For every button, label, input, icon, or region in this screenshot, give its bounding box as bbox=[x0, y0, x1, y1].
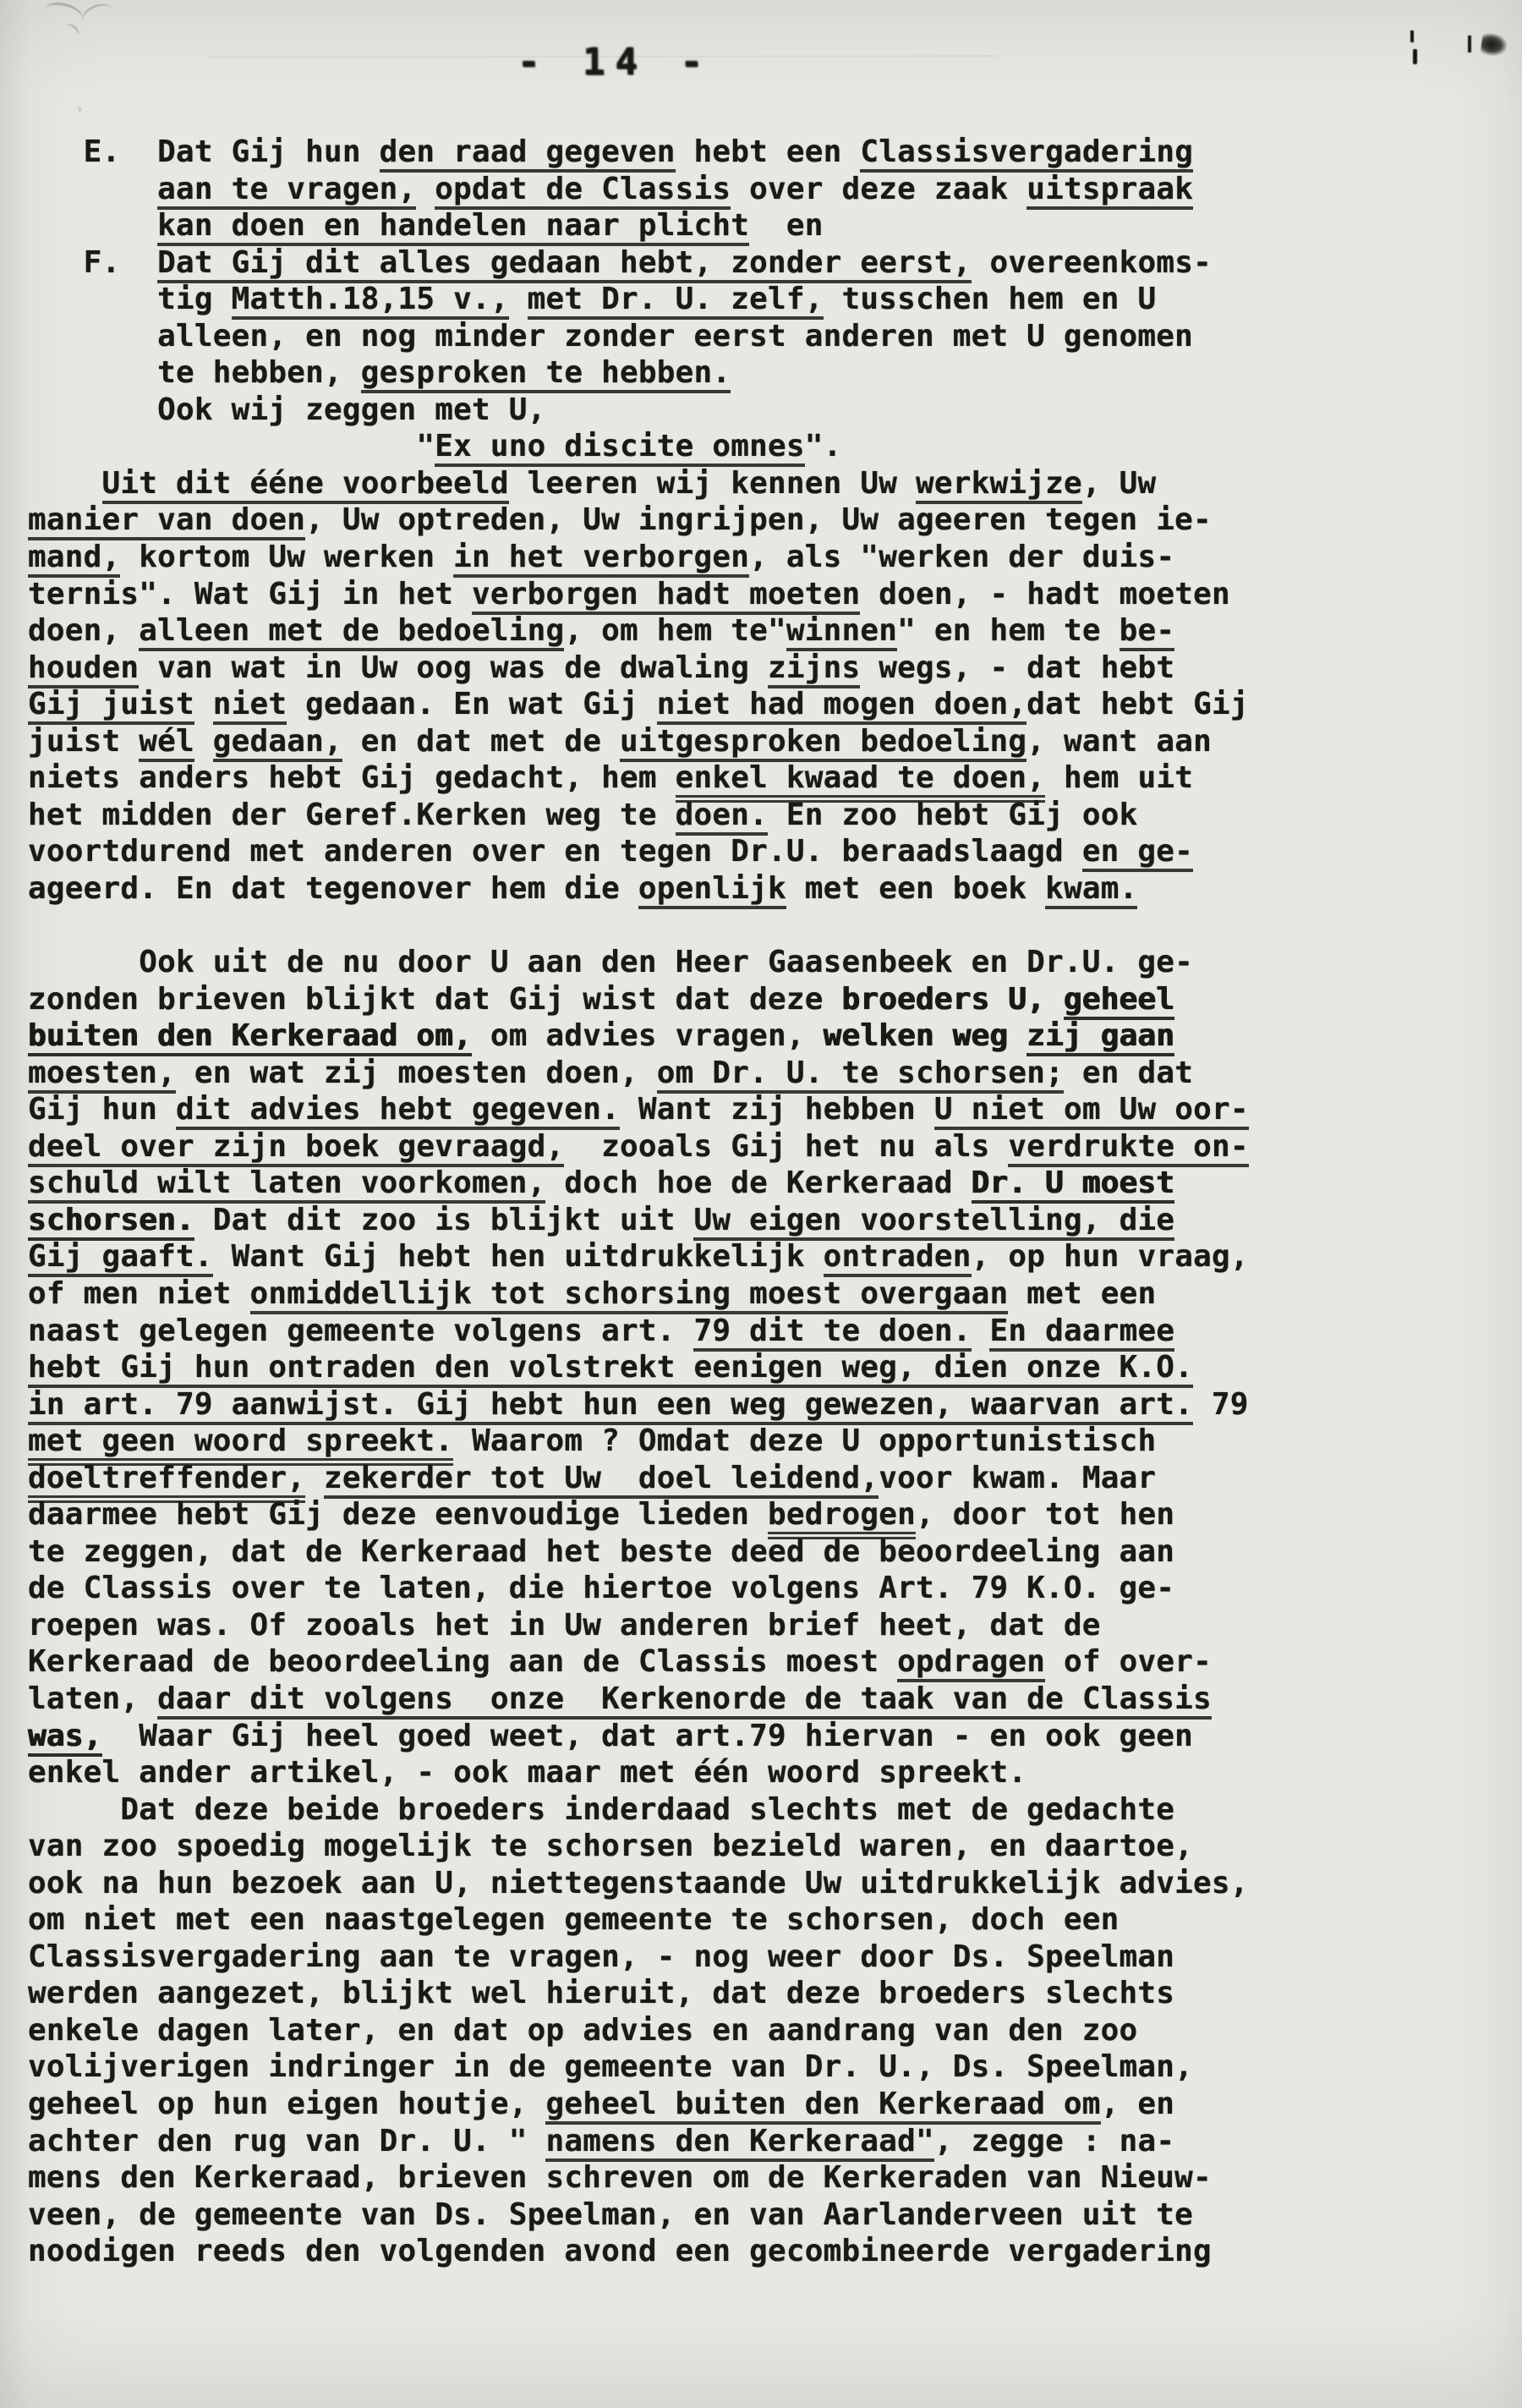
emphasized-text: in art. 79 aanwijst. Gij hebt hun een we… bbox=[28, 1387, 1193, 1425]
emphasized-text: geheel buiten den Kerkeraad om bbox=[545, 2087, 1100, 2125]
text-segment: F. bbox=[28, 245, 157, 280]
text-line: geheel op hun eigen houtje, geheel buite… bbox=[28, 2086, 1249, 2123]
text-segment: voor kwam. Maar bbox=[879, 1461, 1156, 1495]
text-line: te zeggen, dat de Kerkeraad het beste de… bbox=[28, 1533, 1249, 1571]
ink-tick-icon bbox=[1413, 49, 1417, 64]
emphasized-text: uitspraak bbox=[1027, 172, 1193, 210]
emphasized-text: kwam. bbox=[1045, 871, 1137, 909]
text-line: enkel ander artikel, - ook maar met één … bbox=[28, 1754, 1249, 1791]
emphasized-text: moesten, bbox=[28, 1056, 176, 1094]
text-segment: Waarom ? Omdat deze U opportunistisch bbox=[453, 1423, 1156, 1458]
text-segment: ook na hun bezoek aan U, niettegenstaand… bbox=[28, 1866, 1249, 1901]
text-segment: gedaan. En wat Gij bbox=[287, 687, 656, 721]
page-number: - 14 - bbox=[517, 41, 713, 84]
text-segment: hem uit bbox=[1045, 760, 1193, 795]
emphasized-text: zekerder tot Uw doel leidend, bbox=[324, 1461, 879, 1499]
text-line: ternis". Wat Gij in het verborgen hadt m… bbox=[28, 576, 1249, 613]
text-line: Ook wij zeggen met U, bbox=[28, 392, 1249, 429]
text-line: doen, alleen met de bedoeling, om hem te… bbox=[28, 612, 1249, 650]
ink-smudge-bar bbox=[1468, 36, 1471, 52]
emphasized-text: U niet om Uw oor- bbox=[934, 1092, 1249, 1130]
text-segment: en wat zij moesten doen, bbox=[176, 1056, 657, 1090]
text-line: houden van wat in Uw oog was de dwaling … bbox=[28, 650, 1249, 687]
text-line: voortdurend met anderen over en tegen Dr… bbox=[28, 833, 1249, 870]
text-line: Gij gaaft. Want Gij hebt hen uitdrukkeli… bbox=[28, 1238, 1249, 1275]
text-segment bbox=[305, 1461, 324, 1495]
text-segment: 79 bbox=[1193, 1387, 1249, 1422]
emphasized-text: schuld wilt laten voorkomen, bbox=[28, 1166, 545, 1204]
text-segment: overeenkoms- bbox=[972, 245, 1212, 280]
text-segment: doen, - hadt moeten bbox=[860, 577, 1229, 612]
emphasized-text: broeders U, bbox=[841, 982, 1045, 1017]
text-segment: ageerd. En dat tegenover hem die bbox=[28, 871, 638, 906]
text-line: juist wél gedaan, en dat met de uitgespr… bbox=[28, 723, 1249, 760]
text-segment bbox=[509, 282, 528, 316]
text-line: Uit dit ééne voorbeeld leeren wij kennen… bbox=[28, 465, 1249, 502]
emphasized-text: namens den Kerkeraad" bbox=[545, 2124, 933, 2162]
text-line: ook na hun bezoek aan U, niettegenstaand… bbox=[28, 1865, 1249, 1902]
emphasized-text: kan doen en handelen naar plicht bbox=[157, 208, 749, 246]
text-segment bbox=[194, 724, 213, 759]
pencil-scribble-1 bbox=[42, 0, 85, 29]
text-segment: alleen, en nog minder zonder eerst ander… bbox=[28, 319, 1193, 354]
text-line: buiten den Kerkeraad om, om advies vrage… bbox=[28, 1018, 1249, 1055]
text-segment: tusschen hem en U bbox=[824, 282, 1157, 316]
emphasized-text: Uw eigen voorstelling, die bbox=[693, 1203, 1174, 1241]
emphasized-text: om Dr. U. te schorsen; bbox=[657, 1056, 1064, 1094]
text-line: E. Dat Gij hun den raad gegeven hebt een… bbox=[28, 134, 1249, 171]
text-line: achter den rug van Dr. U. " namens den K… bbox=[28, 2123, 1249, 2160]
text-segment: roepen was. Of zooals het in Uw anderen … bbox=[28, 1608, 1101, 1643]
text-segment: mens den Kerkeraad, brieven schreven om … bbox=[28, 2160, 1212, 2195]
emphasized-text: Matth.18,15 v., bbox=[232, 282, 509, 320]
text-segment: enkel ander artikel, - ook maar met één … bbox=[28, 1755, 1027, 1790]
emphasized-text: en ge- bbox=[1082, 834, 1193, 872]
text-line: "Ex uno discite omnes". bbox=[28, 428, 1249, 465]
text-segment: , door tot hen bbox=[916, 1497, 1174, 1532]
text-line: veen, de gemeente van Ds. Speelman, en v… bbox=[28, 2197, 1249, 2234]
emphasized-text: buiten den Kerkeraad om, bbox=[28, 1018, 472, 1056]
typewritten-lines: E. Dat Gij hun den raad gegeven hebt een… bbox=[28, 134, 1249, 2270]
text-segment: kortom Uw werken bbox=[120, 540, 453, 574]
emphasized-text: zijns bbox=[768, 650, 860, 688]
text-segment: werden aangezet, blijkt wel hieruit, dat… bbox=[28, 1976, 1174, 2010]
text-segment: van wat in Uw oog was de dwaling bbox=[139, 650, 768, 685]
emphasized-text: deel over zijn boek gevraagd, bbox=[28, 1129, 564, 1167]
text-segment: , en bbox=[1101, 2087, 1175, 2121]
document-page: - 14 - E. Dat Gij hun den raad gegeven h… bbox=[0, 0, 1522, 2408]
emphasized-text: En daarmee bbox=[989, 1314, 1174, 1352]
text-segment: dat hebt Gij bbox=[1027, 687, 1249, 721]
text-line: het midden der Geref.Kerken weg te doen.… bbox=[28, 797, 1249, 834]
text-segment bbox=[28, 466, 102, 501]
text-segment: , op hun vraag, bbox=[972, 1239, 1249, 1274]
emphasized-text: openlijk bbox=[638, 871, 786, 909]
text-line: niets anders hebt Gij gedacht, hem enkel… bbox=[28, 760, 1249, 797]
text-line: Dat deze beide broeders inderdaad slecht… bbox=[28, 1791, 1249, 1829]
emphasized-text: ontraden bbox=[824, 1239, 972, 1277]
emphasized-text: geheel bbox=[1064, 982, 1174, 1020]
text-line: Gij hun dit advies hebt gegeven. Want zi… bbox=[28, 1091, 1249, 1128]
text-line: laten, daar dit volgens onze Kerkenorde … bbox=[28, 1681, 1249, 1718]
text-segment: achter den rug van Dr. U. " bbox=[28, 2124, 545, 2158]
emphasized-text: was, bbox=[28, 1719, 102, 1757]
text-line: was, Waar Gij heel goed weet, dat art.79… bbox=[28, 1718, 1249, 1755]
text-segment bbox=[416, 172, 435, 206]
text-segment: de Classis over te laten, die hiertoe vo… bbox=[28, 1571, 1174, 1605]
text-line: van zoo spoedig mogelijk te schorsen bez… bbox=[28, 1828, 1249, 1865]
emphasized-text: hebt Gij hun ontraden den volstrekt eeni… bbox=[28, 1350, 1193, 1388]
text-line: schuld wilt laten voorkomen, doch hoe de… bbox=[28, 1165, 1249, 1202]
text-segment: met een boek bbox=[786, 871, 1045, 906]
text-segment: Want Gij hebt hen uitdrukkelijk bbox=[213, 1239, 824, 1274]
text-line: Classisvergadering aan te vragen, - nog … bbox=[28, 1939, 1249, 1976]
text-segment: niets anders hebt Gij gedacht, hem bbox=[28, 760, 676, 795]
emphasized-text: gesproken te hebben. bbox=[361, 355, 731, 393]
text-segment bbox=[1045, 982, 1064, 1017]
pencil-scribble-4 bbox=[70, 106, 83, 116]
text-segment: veen, de gemeente van Ds. Speelman, en v… bbox=[28, 2197, 1193, 2232]
text-segment: juist bbox=[28, 724, 139, 759]
text-line: zonden brieven blijkt dat Gij wist dat d… bbox=[28, 981, 1249, 1018]
text-segment: of men niet bbox=[28, 1276, 250, 1311]
text-line: de Classis over te laten, die hiertoe vo… bbox=[28, 1570, 1249, 1607]
pencil-scribble-2 bbox=[78, 0, 118, 35]
text-segment: om niet met een naastgelegen gemeente te… bbox=[28, 1902, 1120, 1937]
text-segment: , zegge : na- bbox=[934, 2124, 1174, 2158]
emphasized-text: Dr. U moest bbox=[972, 1166, 1175, 1204]
text-line: aan te vragen, opdat de Classis over dez… bbox=[28, 171, 1249, 208]
emphasized-text: werkwijze bbox=[916, 466, 1082, 504]
text-line: mand, kortom Uw werken in het verborgen,… bbox=[28, 539, 1249, 576]
emphasized-text: Gij juist bbox=[28, 687, 194, 725]
text-segment: Kerkeraad de beoordeeling aan de Classis… bbox=[28, 1644, 897, 1679]
text-segment: of over- bbox=[1045, 1644, 1212, 1679]
text-line bbox=[28, 907, 1249, 944]
emphasized-text: manier van doen bbox=[28, 502, 305, 540]
text-segment: volijverigen indringer in de gemeente va… bbox=[28, 2049, 1193, 2084]
text-segment: tig bbox=[28, 282, 232, 316]
text-segment: van zoo spoedig mogelijk te schorsen bez… bbox=[28, 1829, 1193, 1863]
text-segment bbox=[194, 687, 213, 721]
emphasized-text: onmiddellijk tot schorsing moest overgaa… bbox=[250, 1276, 1009, 1314]
text-segment: enkele dagen later, en dat op advies en … bbox=[28, 2013, 1137, 2048]
text-segment: Ook wij zeggen met U, bbox=[28, 392, 545, 427]
text-segment: Waar Gij heel goed weet, dat art.79 hier… bbox=[102, 1719, 1194, 1753]
text-segment: , als "werken der duis- bbox=[749, 540, 1174, 574]
emphasized-text: be- bbox=[1120, 613, 1175, 651]
text-segment: , Uw bbox=[1082, 466, 1157, 501]
text-segment: over deze zaak bbox=[731, 172, 1027, 206]
emphasized-text: uitgesproken bedoeling bbox=[620, 724, 1027, 762]
text-segment: en dat bbox=[1064, 1056, 1193, 1090]
text-segment: Dat dit zoo is blijkt uit bbox=[194, 1203, 694, 1237]
text-segment: doen, bbox=[28, 613, 139, 648]
emphasized-text: 79 dit te doen. bbox=[693, 1314, 971, 1352]
text-line: noodigen reeds den volgenden avond een g… bbox=[28, 2233, 1249, 2270]
text-line: Kerkeraad de beoordeeling aan de Classis… bbox=[28, 1643, 1249, 1681]
text-segment: naast gelegen gemeente volgens art. bbox=[28, 1314, 693, 1348]
emphasized-text: niet had mogen doen, bbox=[657, 687, 1027, 725]
emphasized-text: niet bbox=[213, 687, 287, 725]
text-segment: noodigen reeds den volgenden avond een g… bbox=[28, 2234, 1212, 2268]
emphasized-text: in het verborgen bbox=[453, 540, 749, 578]
text-segment: daarmee hebt Gij deze eenvoudige lieden bbox=[28, 1497, 768, 1532]
text-segment: te hebben, bbox=[28, 355, 361, 390]
emphasized-text: doen. bbox=[676, 798, 768, 836]
text-segment: " bbox=[28, 429, 435, 463]
text-line: mens den Kerkeraad, brieven schreven om … bbox=[28, 2159, 1249, 2197]
emphasized-text: opdat de Classis bbox=[435, 172, 731, 210]
emphasized-text: welken weg bbox=[824, 1018, 1027, 1053]
text-segment: en bbox=[749, 208, 824, 243]
text-segment: leeren wij kennen Uw bbox=[509, 466, 916, 501]
text-segment: hebt een bbox=[676, 134, 861, 169]
emphasized-text: opdragen bbox=[897, 1644, 1045, 1682]
emphasized-text: Ex uno discite omnes bbox=[435, 429, 804, 467]
ink-smudge-icon bbox=[1480, 32, 1508, 58]
text-segment: ". bbox=[805, 429, 842, 463]
text-segment: Ook uit de nu door U aan den Heer Gaasen… bbox=[28, 945, 1193, 979]
emphasized-text: Classisvergadering bbox=[860, 134, 1193, 173]
text-segment: doch hoe de Kerkeraad bbox=[545, 1166, 971, 1200]
text-segment: zonden brieven blijkt dat Gij wist dat d… bbox=[28, 982, 841, 1017]
text-line: tig Matth.18,15 v., met Dr. U. zelf, tus… bbox=[28, 281, 1249, 318]
text-line: manier van doen, Uw optreden, Uw ingrijp… bbox=[28, 502, 1249, 539]
text-line: naast gelegen gemeente volgens art. 79 d… bbox=[28, 1313, 1249, 1350]
emphasized-text: aan te vragen, bbox=[157, 172, 416, 210]
text-line: met geen woord spreekt. Waarom ? Omdat d… bbox=[28, 1423, 1249, 1460]
text-line: hebt Gij hun ontraden den volstrekt eeni… bbox=[28, 1349, 1249, 1386]
text-line: Ook uit de nu door U aan den Heer Gaasen… bbox=[28, 944, 1249, 981]
text-segment: , Uw optreden, Uw ingrijpen, Uw ageeren … bbox=[305, 502, 1212, 537]
emphasized-text: Uit dit ééne voorbeeld bbox=[102, 466, 509, 504]
text-line: moesten, en wat zij moesten doen, om Dr.… bbox=[28, 1055, 1249, 1092]
ink-tick-icon bbox=[1410, 30, 1414, 42]
text-line: of men niet onmiddellijk tot schorsing m… bbox=[28, 1275, 1249, 1313]
text-segment: geheel op hun eigen houtje, bbox=[28, 2087, 545, 2121]
text-segment bbox=[28, 172, 157, 206]
text-segment: zooals Gij het nu als bbox=[564, 1129, 1008, 1164]
text-segment: Classisvergadering aan te vragen, - nog … bbox=[28, 1939, 1174, 1974]
text-line: Gij juist niet gedaan. En wat Gij niet h… bbox=[28, 686, 1249, 723]
emphasized-text: zij gaan bbox=[1027, 1018, 1174, 1056]
text-segment: En zoo hebt Gij ook bbox=[768, 798, 1137, 832]
text-line: kan doen en handelen naar plicht en bbox=[28, 207, 1249, 244]
emphasized-text: winnen bbox=[786, 613, 897, 651]
text-segment: , want aan bbox=[1027, 724, 1212, 759]
text-segment: voortdurend met anderen over en tegen Dr… bbox=[28, 834, 1082, 869]
text-line: daarmee hebt Gij deze eenvoudige lieden … bbox=[28, 1496, 1249, 1533]
emphasized-text: verdrukte on- bbox=[1008, 1129, 1248, 1167]
text-line: deel over zijn boek gevraagd, zooals Gij… bbox=[28, 1128, 1249, 1166]
text-segment bbox=[28, 208, 157, 243]
emphasized-text: verborgen hadt moeten bbox=[472, 577, 860, 615]
text-segment: om advies vragen, bbox=[472, 1018, 824, 1053]
text-segment: E. Dat Gij hun bbox=[28, 134, 380, 169]
text-line: om niet met een naastgelegen gemeente te… bbox=[28, 1901, 1249, 1939]
text-line: werden aangezet, blijkt wel hieruit, dat… bbox=[28, 1975, 1249, 2012]
text-line: doeltreffender, zekerder tot Uw doel lei… bbox=[28, 1460, 1249, 1497]
text-segment: het midden der Geref.Kerken weg te bbox=[28, 798, 676, 832]
emphasized-text: gedaan, bbox=[213, 724, 342, 762]
emphasized-text: alleen met de bedoeling bbox=[139, 613, 564, 651]
text-segment: , om hem te" bbox=[564, 613, 786, 648]
emphasized-text: schorsen. bbox=[28, 1203, 194, 1241]
text-segment: Dat deze beide broeders inderdaad slecht… bbox=[28, 1792, 1174, 1827]
text-segment: te zeggen, dat de Kerkeraad het beste de… bbox=[28, 1534, 1174, 1569]
emphasized-text: mand, bbox=[28, 540, 120, 578]
emphasized-text: Gij gaaft. bbox=[28, 1239, 213, 1277]
text-line: F. Dat Gij dit alles gedaan hebt, zonder… bbox=[28, 244, 1249, 282]
text-segment: " en hem te bbox=[897, 613, 1120, 648]
text-segment: met een bbox=[1008, 1276, 1156, 1311]
text-segment bbox=[972, 1314, 990, 1348]
text-segment: en dat met de bbox=[342, 724, 620, 759]
text-line: roepen was. Of zooals het in Uw anderen … bbox=[28, 1607, 1249, 1644]
text-segment: Want zij hebben bbox=[620, 1092, 934, 1127]
text-line: in art. 79 aanwijst. Gij hebt hun een we… bbox=[28, 1386, 1249, 1423]
text-segment: laten, bbox=[28, 1681, 157, 1716]
emphasized-text: Dat Gij dit alles gedaan hebt, zonder ee… bbox=[157, 245, 971, 283]
emphasized-text: dit advies hebt gegeven. bbox=[176, 1092, 620, 1130]
text-line: alleen, en nog minder zonder eerst ander… bbox=[28, 318, 1249, 355]
text-line: volijverigen indringer in de gemeente va… bbox=[28, 2049, 1249, 2086]
emphasized-text: den raad gegeven bbox=[380, 134, 676, 173]
text-line: te hebben, gesproken te hebben. bbox=[28, 354, 1249, 392]
text-segment: wegs, - dat hebt bbox=[860, 650, 1174, 685]
emphasized-text: wél bbox=[139, 724, 194, 762]
text-line: ageerd. En dat tegenover hem die openlij… bbox=[28, 870, 1249, 908]
text-line: schorsen. Dat dit zoo is blijkt uit Uw e… bbox=[28, 1202, 1249, 1239]
text-segment: Gij hun bbox=[28, 1092, 176, 1127]
emphasized-text: houden bbox=[28, 650, 139, 688]
text-line: enkele dagen later, en dat op advies en … bbox=[28, 2012, 1249, 2049]
text-segment: ternis". Wat Gij in het bbox=[28, 577, 472, 612]
emphasized-text: met Dr. U. zelf, bbox=[528, 282, 824, 320]
emphasized-text: daar dit volgens onze Kerkenorde de taak… bbox=[157, 1681, 1212, 1720]
